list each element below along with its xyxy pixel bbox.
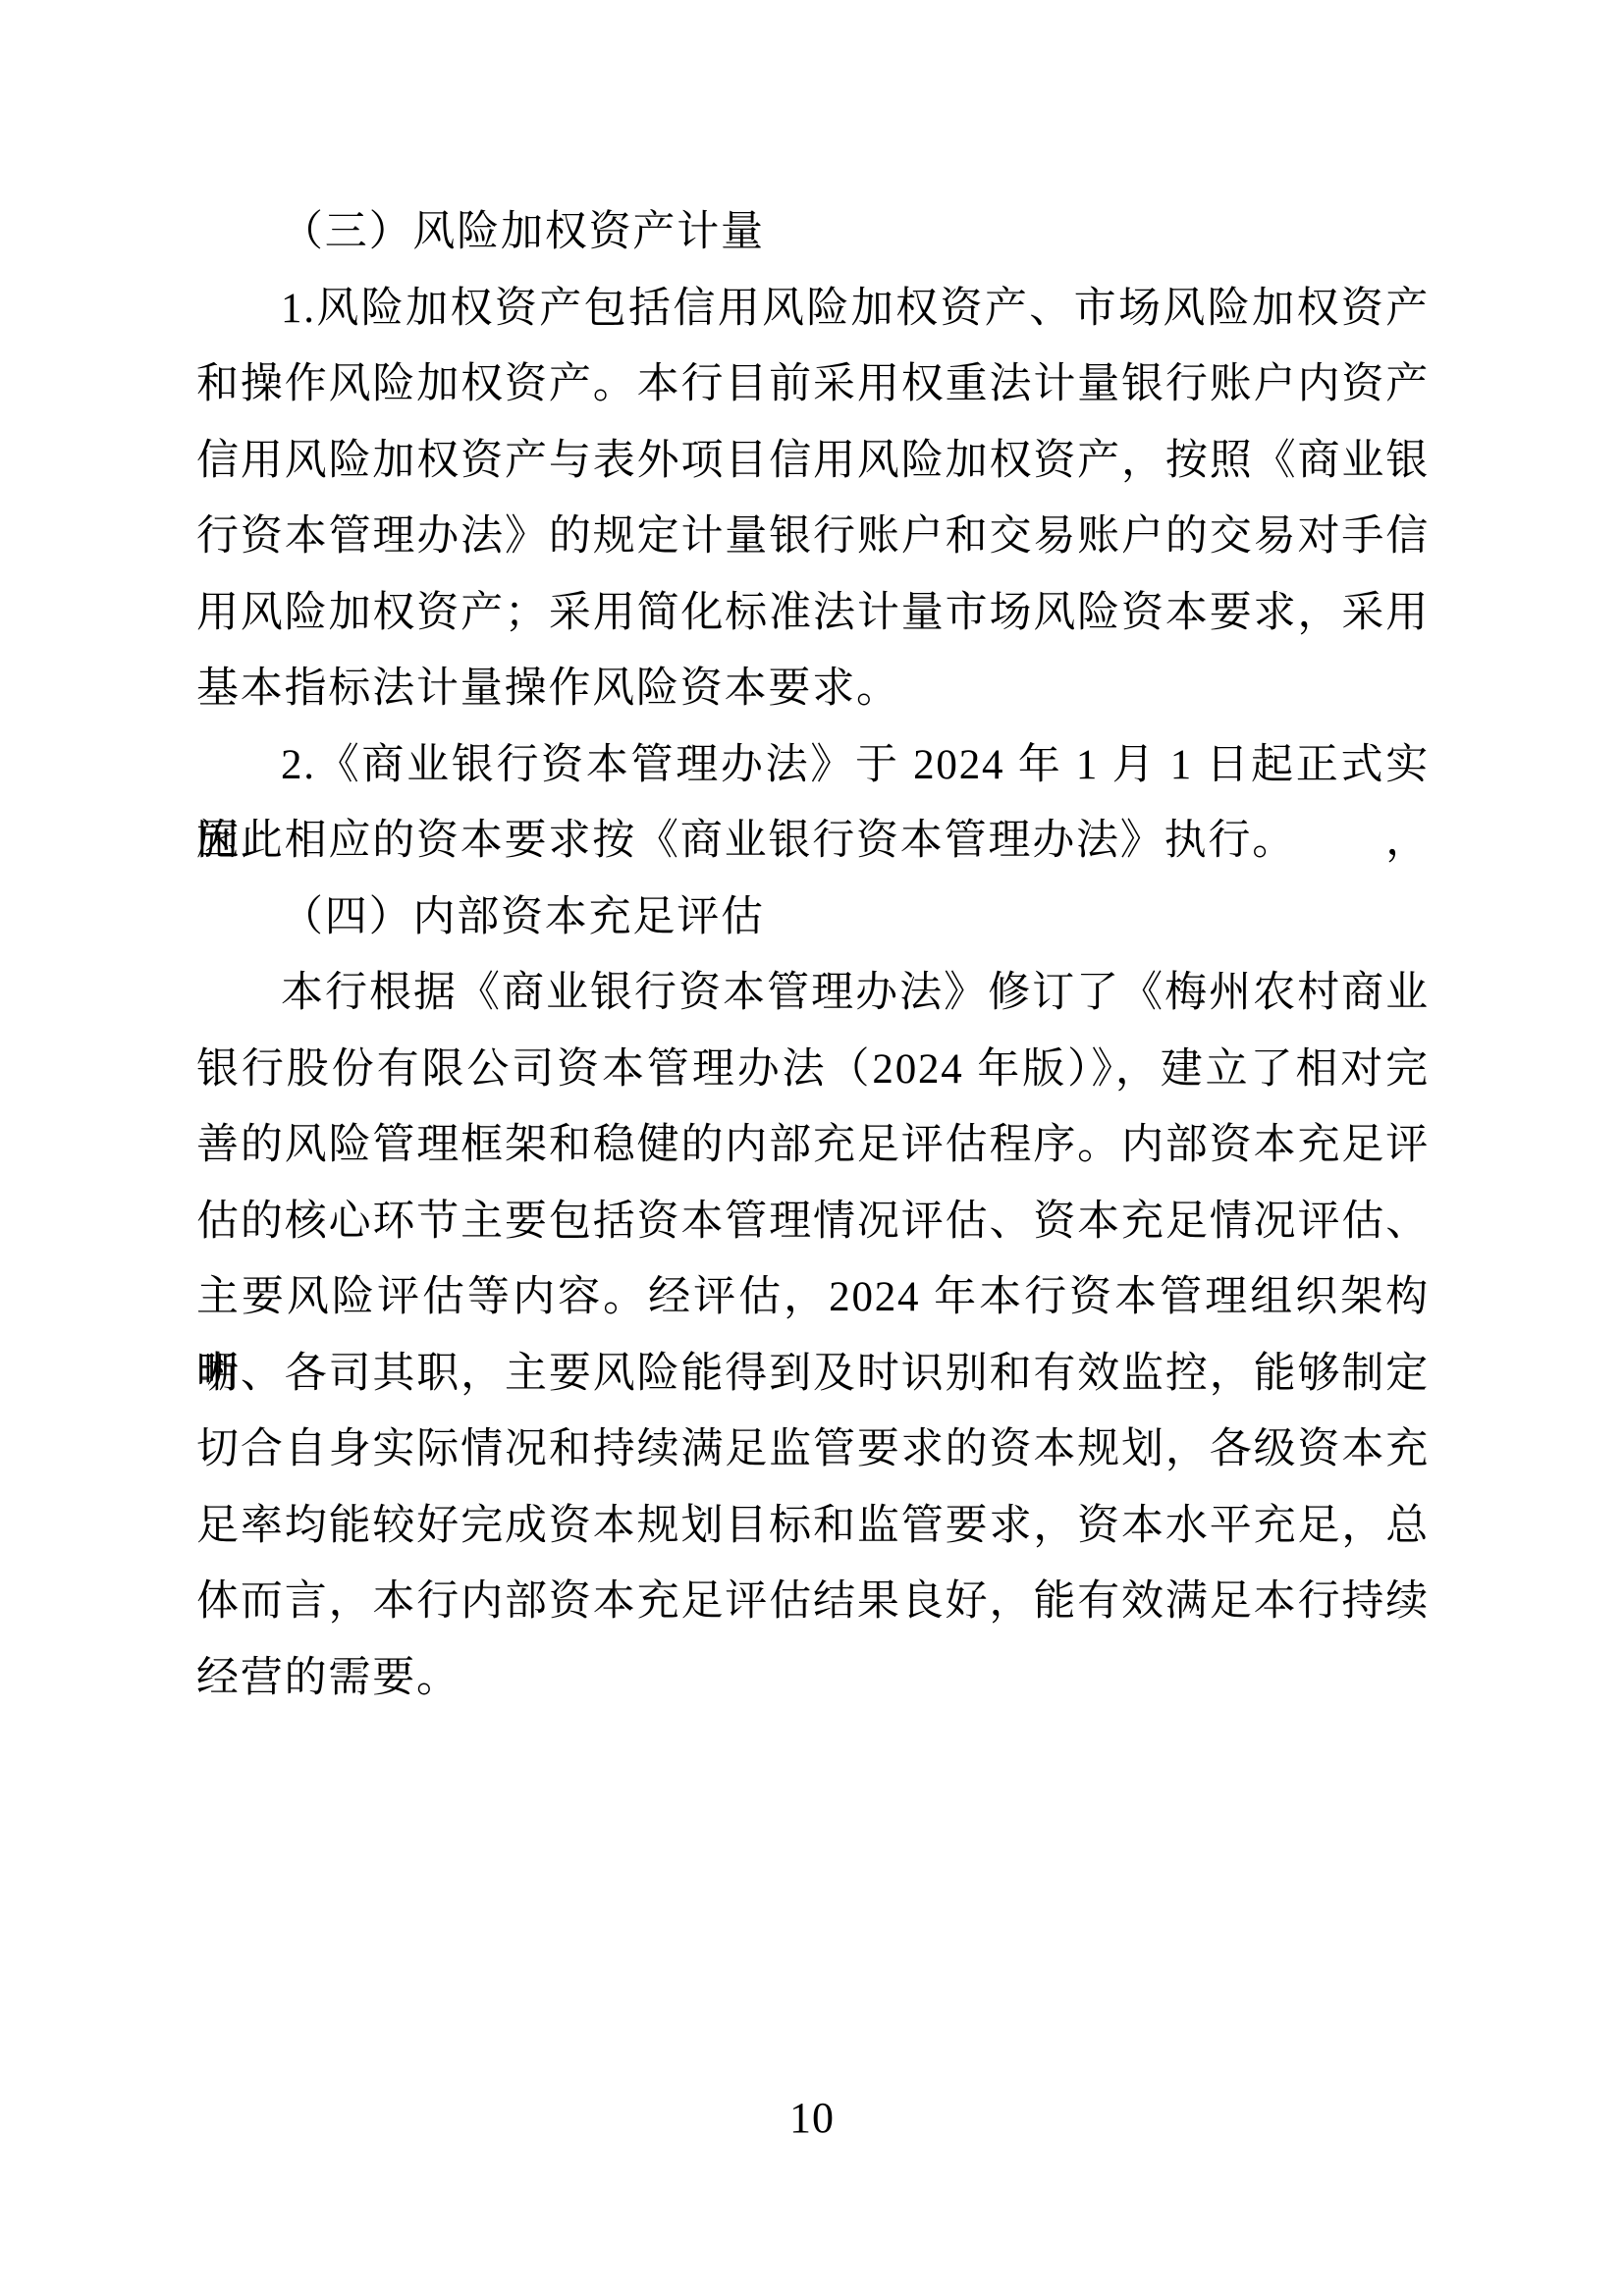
document-text-block: （三）风险加权资产计量1.风险加权资产包括信用风险加权资产、市场风险加权资产和操… <box>196 194 1430 1716</box>
paragraph-line: 经营的需要。 <box>196 1640 1430 1717</box>
paragraph-line: 估的核心环节主要包括资本管理情况评估、资本充足情况评估、 <box>196 1184 1430 1260</box>
paragraph-line: 切合自身实际情况和持续满足监管要求的资本规划，各级资本充 <box>196 1412 1430 1488</box>
paragraph-line: 1.风险加权资产包括信用风险加权资产、市场风险加权资产 <box>196 271 1430 347</box>
paragraph-line: 和操作风险加权资产。本行目前采用权重法计量银行账户内资产 <box>196 347 1430 423</box>
paragraph-line: 晰、各司其职，主要风险能得到及时识别和有效监控，能够制定 <box>196 1336 1430 1413</box>
paragraph-line: 行资本管理办法》的规定计量银行账户和交易账户的交易对手信 <box>196 499 1430 575</box>
paragraph-line: 善的风险管理框架和稳健的内部充足评估程序。内部资本充足评 <box>196 1107 1430 1184</box>
paragraph-line: 本行根据《商业银行资本管理办法》修订了《梅州农村商业 <box>196 955 1430 1032</box>
section-heading: （四）内部资本充足评估 <box>196 880 1430 956</box>
paragraph-line: 体而言，本行内部资本充足评估结果良好，能有效满足本行持续 <box>196 1564 1430 1640</box>
paragraph-line: 主要风险评估等内容。经评估，2024 年本行资本管理组织架构明 <box>196 1259 1430 1336</box>
paragraph-line: 用风险加权资产；采用简化标准法计量市场风险资本要求，采用 <box>196 575 1430 652</box>
paragraph-line: 因此相应的资本要求按《商业银行资本管理办法》执行。 <box>196 803 1430 880</box>
section-heading: （三）风险加权资产计量 <box>196 194 1430 271</box>
paragraph-line: 足率均能较好完成资本规划目标和监管要求，资本水平充足，总 <box>196 1488 1430 1565</box>
paragraph-line: 2.《商业银行资本管理办法》于 2024 年 1 月 1 日起正式实施， <box>196 727 1430 804</box>
paragraph-line: 基本指标法计量操作风险资本要求。 <box>196 651 1430 727</box>
document-page: （三）风险加权资产计量1.风险加权资产包括信用风险加权资产、市场风险加权资产和操… <box>0 0 1624 2296</box>
page-number: 10 <box>0 2097 1624 2140</box>
paragraph-line: 银行股份有限公司资本管理办法（2024 年版）》，建立了相对完 <box>196 1032 1430 1108</box>
paragraph-line: 信用风险加权资产与表外项目信用风险加权资产，按照《商业银 <box>196 423 1430 500</box>
